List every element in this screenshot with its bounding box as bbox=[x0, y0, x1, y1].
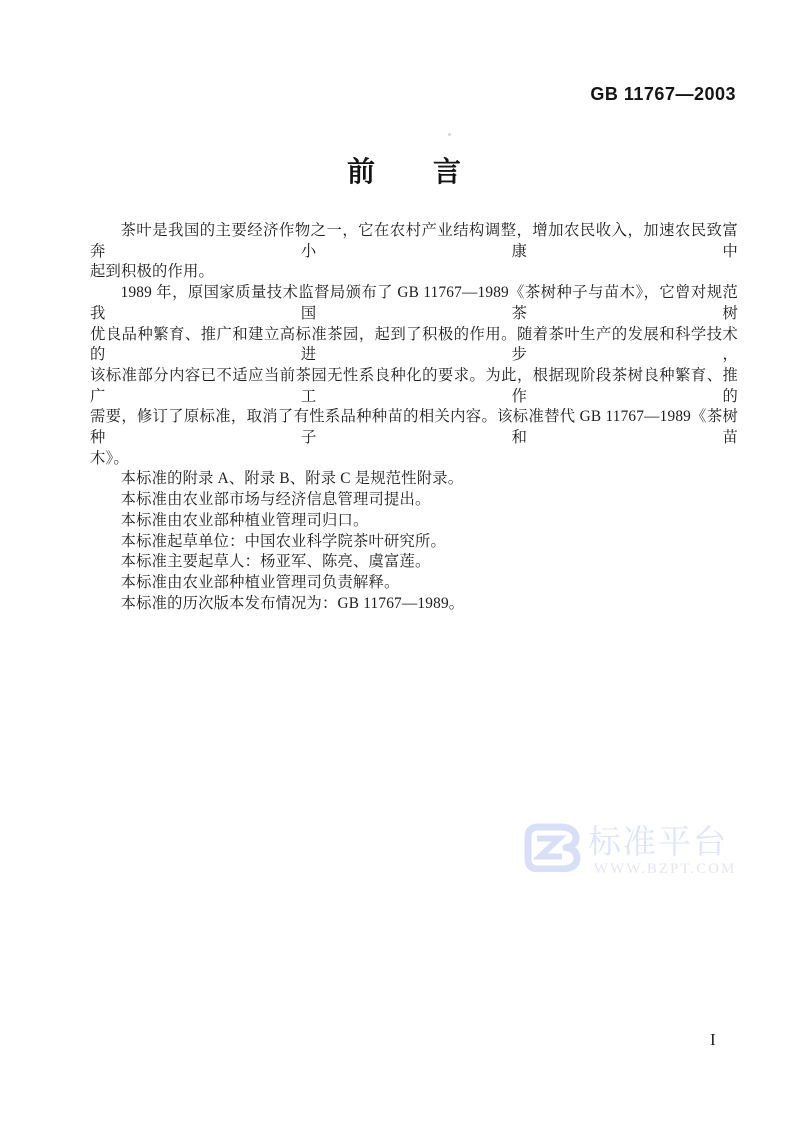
page-title-char-right: 言 bbox=[433, 150, 461, 190]
watermark-name: 标准平台 bbox=[588, 823, 736, 861]
statement-line: 本标准的历次版本发布情况为：GB 11767—1989。 bbox=[90, 594, 738, 615]
statement-line: 本标准由农业部种植业管理司负责解释。 bbox=[90, 573, 738, 594]
text-line: 木》。 bbox=[90, 449, 738, 470]
statement-line: 本标准由农业部种植业管理司归口。 bbox=[90, 511, 738, 532]
text-line: 该标准部分内容已不适应当前茶园无性系良种化的要求。为此，根据现阶段茶树良种繁育、… bbox=[90, 366, 738, 407]
foreword-body: 茶叶是我国的主要经济作物之一，它在农村产业结构调整，增加农民收入，加速农民致富奔… bbox=[90, 221, 738, 614]
scan-speck bbox=[448, 133, 451, 136]
page-title: 前 言 bbox=[0, 150, 800, 190]
watermark: 标准平台 WWW.BZPT.COM bbox=[523, 823, 736, 878]
statement-line: 本标准的附录 A、附录 B、附录 C 是规范性附录。 bbox=[90, 469, 738, 490]
watermark-text: 标准平台 WWW.BZPT.COM bbox=[588, 823, 736, 878]
text-line: 需要，修订了原标准，取消了有性系品种种苗的相关内容。该标准替代 GB 11767… bbox=[90, 407, 738, 448]
text-line: 优良品种繁育、推广和建立高标准茶园，起到了积极的作用。随着茶叶生产的发展和科学技… bbox=[90, 325, 738, 366]
text-line: 起到积极的作用。 bbox=[90, 262, 738, 283]
document-page: GB 11767—2003 前 言 茶叶是我国的主要经济作物之一，它在农村产业结… bbox=[0, 0, 800, 1131]
watermark-url: WWW.BZPT.COM bbox=[588, 861, 736, 878]
statement-line: 本标准由农业部市场与经济信息管理司提出。 bbox=[90, 490, 738, 511]
statement-line: 本标准主要起草人：杨亚军、陈亮、虞富莲。 bbox=[90, 552, 738, 573]
page-title-char-left: 前 bbox=[347, 150, 375, 190]
bz-monogram-icon bbox=[523, 823, 581, 872]
text-line: 1989 年，原国家质量技术监督局颁布了 GB 11767—1989《茶树种子与… bbox=[90, 283, 738, 324]
standard-number: GB 11767—2003 bbox=[590, 84, 736, 105]
page-number: I bbox=[710, 1030, 716, 1050]
statement-line: 本标准起草单位：中国农业科学院茶叶研究所。 bbox=[90, 532, 738, 553]
text-line: 茶叶是我国的主要经济作物之一，它在农村产业结构调整，增加农民收入，加速农民致富奔… bbox=[90, 221, 738, 262]
